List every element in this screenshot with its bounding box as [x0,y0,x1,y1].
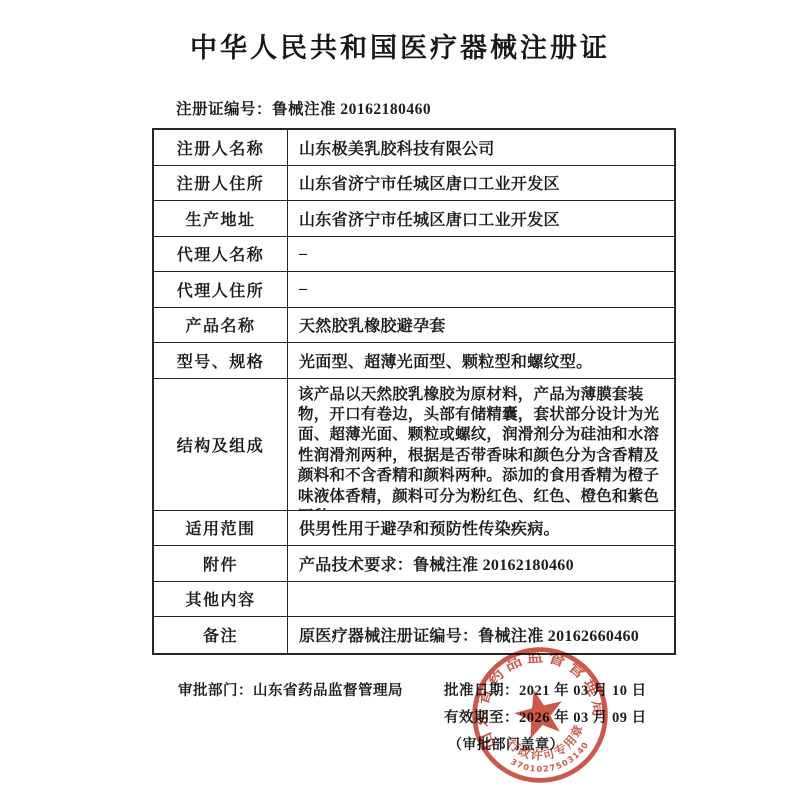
row-label: 注册人住所 [154,166,288,201]
cert-number-value: 鲁械注准 20162180460 [272,101,431,118]
row-label: 附件 [154,546,288,581]
row-value [288,582,674,617]
row-label: 适用范围 [154,511,288,546]
row-value: – [288,272,674,307]
table-row: 型号、规格 光面型、超薄光面型、颗粒型和螺纹型。 [154,343,674,379]
approve-date-value: 2021 年 03 月 10 日 [519,683,647,699]
row-label: 产品名称 [154,308,288,343]
row-value: – [288,237,674,272]
table-row: 其他内容 [154,582,674,618]
cert-number-label: 注册证编号： [176,101,272,118]
row-value: 天然胶乳橡胶避孕套 [288,308,674,343]
row-value: 光面型、超薄光面型、颗粒型和螺纹型。 [288,343,674,378]
seal-note-line: （审批部门盖章） [448,734,564,754]
row-label: 型号、规格 [154,343,288,378]
valid-until-label: 有效期至： [444,710,519,726]
table-row: 注册人名称 山东极美乳胶科技有限公司 [154,130,674,166]
row-label: 代理人住所 [154,272,288,307]
table-row: 适用范围 供男性用于避孕和预防性传染疾病。 [154,511,674,547]
row-value: 供男性用于避孕和预防性传染疾病。 [288,511,674,546]
row-value: 山东省济宁市任城区唐口工业开发区 [288,201,674,236]
table-row: 注册人住所 山东省济宁市任城区唐口工业开发区 [154,166,674,202]
table-row: 代理人名称 – [154,237,674,273]
table-row: 备注 原医疗器械注册证编号：鲁械注准 20162660460 [154,617,674,653]
approve-date-label: 批准日期： [444,683,519,699]
valid-until-line: 有效期至：2026 年 03 月 09 日 [444,706,647,727]
row-label: 代理人名称 [154,237,288,272]
valid-until-value: 2026 年 03 月 09 日 [519,710,647,726]
row-label: 注册人名称 [154,130,288,165]
row-value: 产品技术要求：鲁械注准 20162180460 [288,546,674,581]
approval-dept-line: 审批部门：山东省药品监督管理局 [178,679,403,700]
certificate-page: 中华人民共和国医疗器械注册证 注册证编号：鲁械注准 20162180460 注册… [0,0,800,800]
table-row: 结构及组成 该产品以天然胶乳橡胶为原材料，产品为薄膜套装物，开口有卷边，头部有储… [154,379,674,511]
certificate-title: 中华人民共和国医疗器械注册证 [0,26,800,65]
row-label: 备注 [154,617,288,653]
row-value: 山东极美乳胶科技有限公司 [288,130,674,165]
table-row: 生产地址 山东省济宁市任城区唐口工业开发区 [154,201,674,237]
row-label: 结构及组成 [154,379,288,510]
table-row: 附件 产品技术要求：鲁械注准 20162180460 [154,546,674,582]
cert-number-line: 注册证编号：鲁械注准 20162180460 [176,97,431,119]
row-label: 生产地址 [154,201,288,236]
table-row: 产品名称 天然胶乳橡胶避孕套 [154,308,674,344]
table-row: 代理人住所 – [154,272,674,308]
row-value: 原医疗器械注册证编号：鲁械注准 20162660460 [288,617,674,653]
row-value: 该产品以天然胶乳橡胶为原材料，产品为薄膜套装物，开口有卷边，头部有储精囊，套状部… [288,379,674,510]
registration-table: 注册人名称 山东极美乳胶科技有限公司 注册人住所 山东省济宁市任城区唐口工业开发… [152,128,676,655]
row-label: 其他内容 [154,582,288,617]
approve-date-line: 批准日期：2021 年 03 月 10 日 [444,679,647,700]
row-value: 山东省济宁市任城区唐口工业开发区 [288,166,674,201]
